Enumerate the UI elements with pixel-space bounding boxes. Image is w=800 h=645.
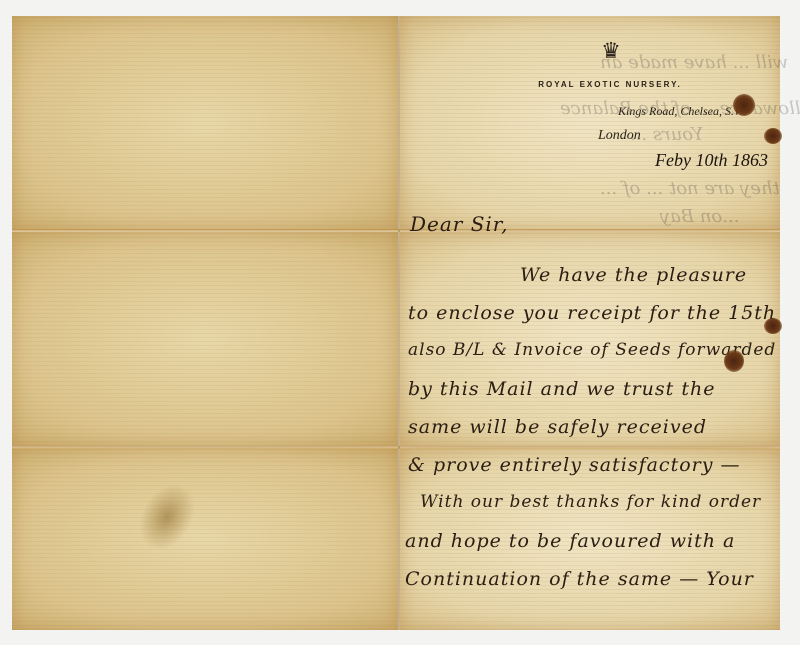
left-panel-middle bbox=[12, 232, 398, 446]
crown-icon: ♛ bbox=[598, 40, 624, 62]
body-line: We have the pleasure bbox=[520, 264, 747, 286]
salutation: Dear Sir, bbox=[410, 212, 509, 236]
body-line: by this Mail and we trust the bbox=[408, 378, 715, 400]
ink-stain bbox=[733, 94, 755, 116]
horizontal-fold-upper bbox=[12, 229, 780, 232]
body-line: With our best thanks for kind order bbox=[420, 492, 761, 512]
firm-address: Kings Road, Chelsea, S.W. bbox=[618, 104, 746, 119]
letter-date: Feby 10th 1863 bbox=[655, 150, 768, 171]
left-panel-bottom bbox=[12, 448, 398, 630]
vertical-fold bbox=[398, 16, 400, 630]
body-line: to enclose you receipt for the 15th bbox=[408, 302, 776, 324]
bleed-through-line: Yours ... bbox=[630, 124, 703, 145]
body-line: & prove entirely satisfactory — bbox=[408, 454, 741, 476]
body-line: and hope to be favoured with a bbox=[405, 530, 735, 552]
bleed-through-line: ...on Bay bbox=[660, 206, 739, 227]
horizontal-fold-lower bbox=[12, 446, 780, 449]
firm-name: ROYAL EXOTIC NURSERY. bbox=[510, 80, 710, 89]
left-panel-top bbox=[12, 16, 398, 230]
ink-stain bbox=[764, 318, 782, 334]
letter-city: London bbox=[598, 128, 641, 144]
body-line: also B/L & Invoice of Seeds forwarded bbox=[408, 340, 776, 360]
ink-stain bbox=[764, 128, 782, 144]
body-line: same will be safely received bbox=[408, 416, 707, 438]
bleed-through-line: they are not ... of ... bbox=[600, 178, 780, 199]
ink-stain bbox=[724, 350, 744, 372]
bleed-through-line: will ... have made an bbox=[600, 52, 788, 73]
body-line: Continuation of the same — Your bbox=[405, 568, 754, 590]
